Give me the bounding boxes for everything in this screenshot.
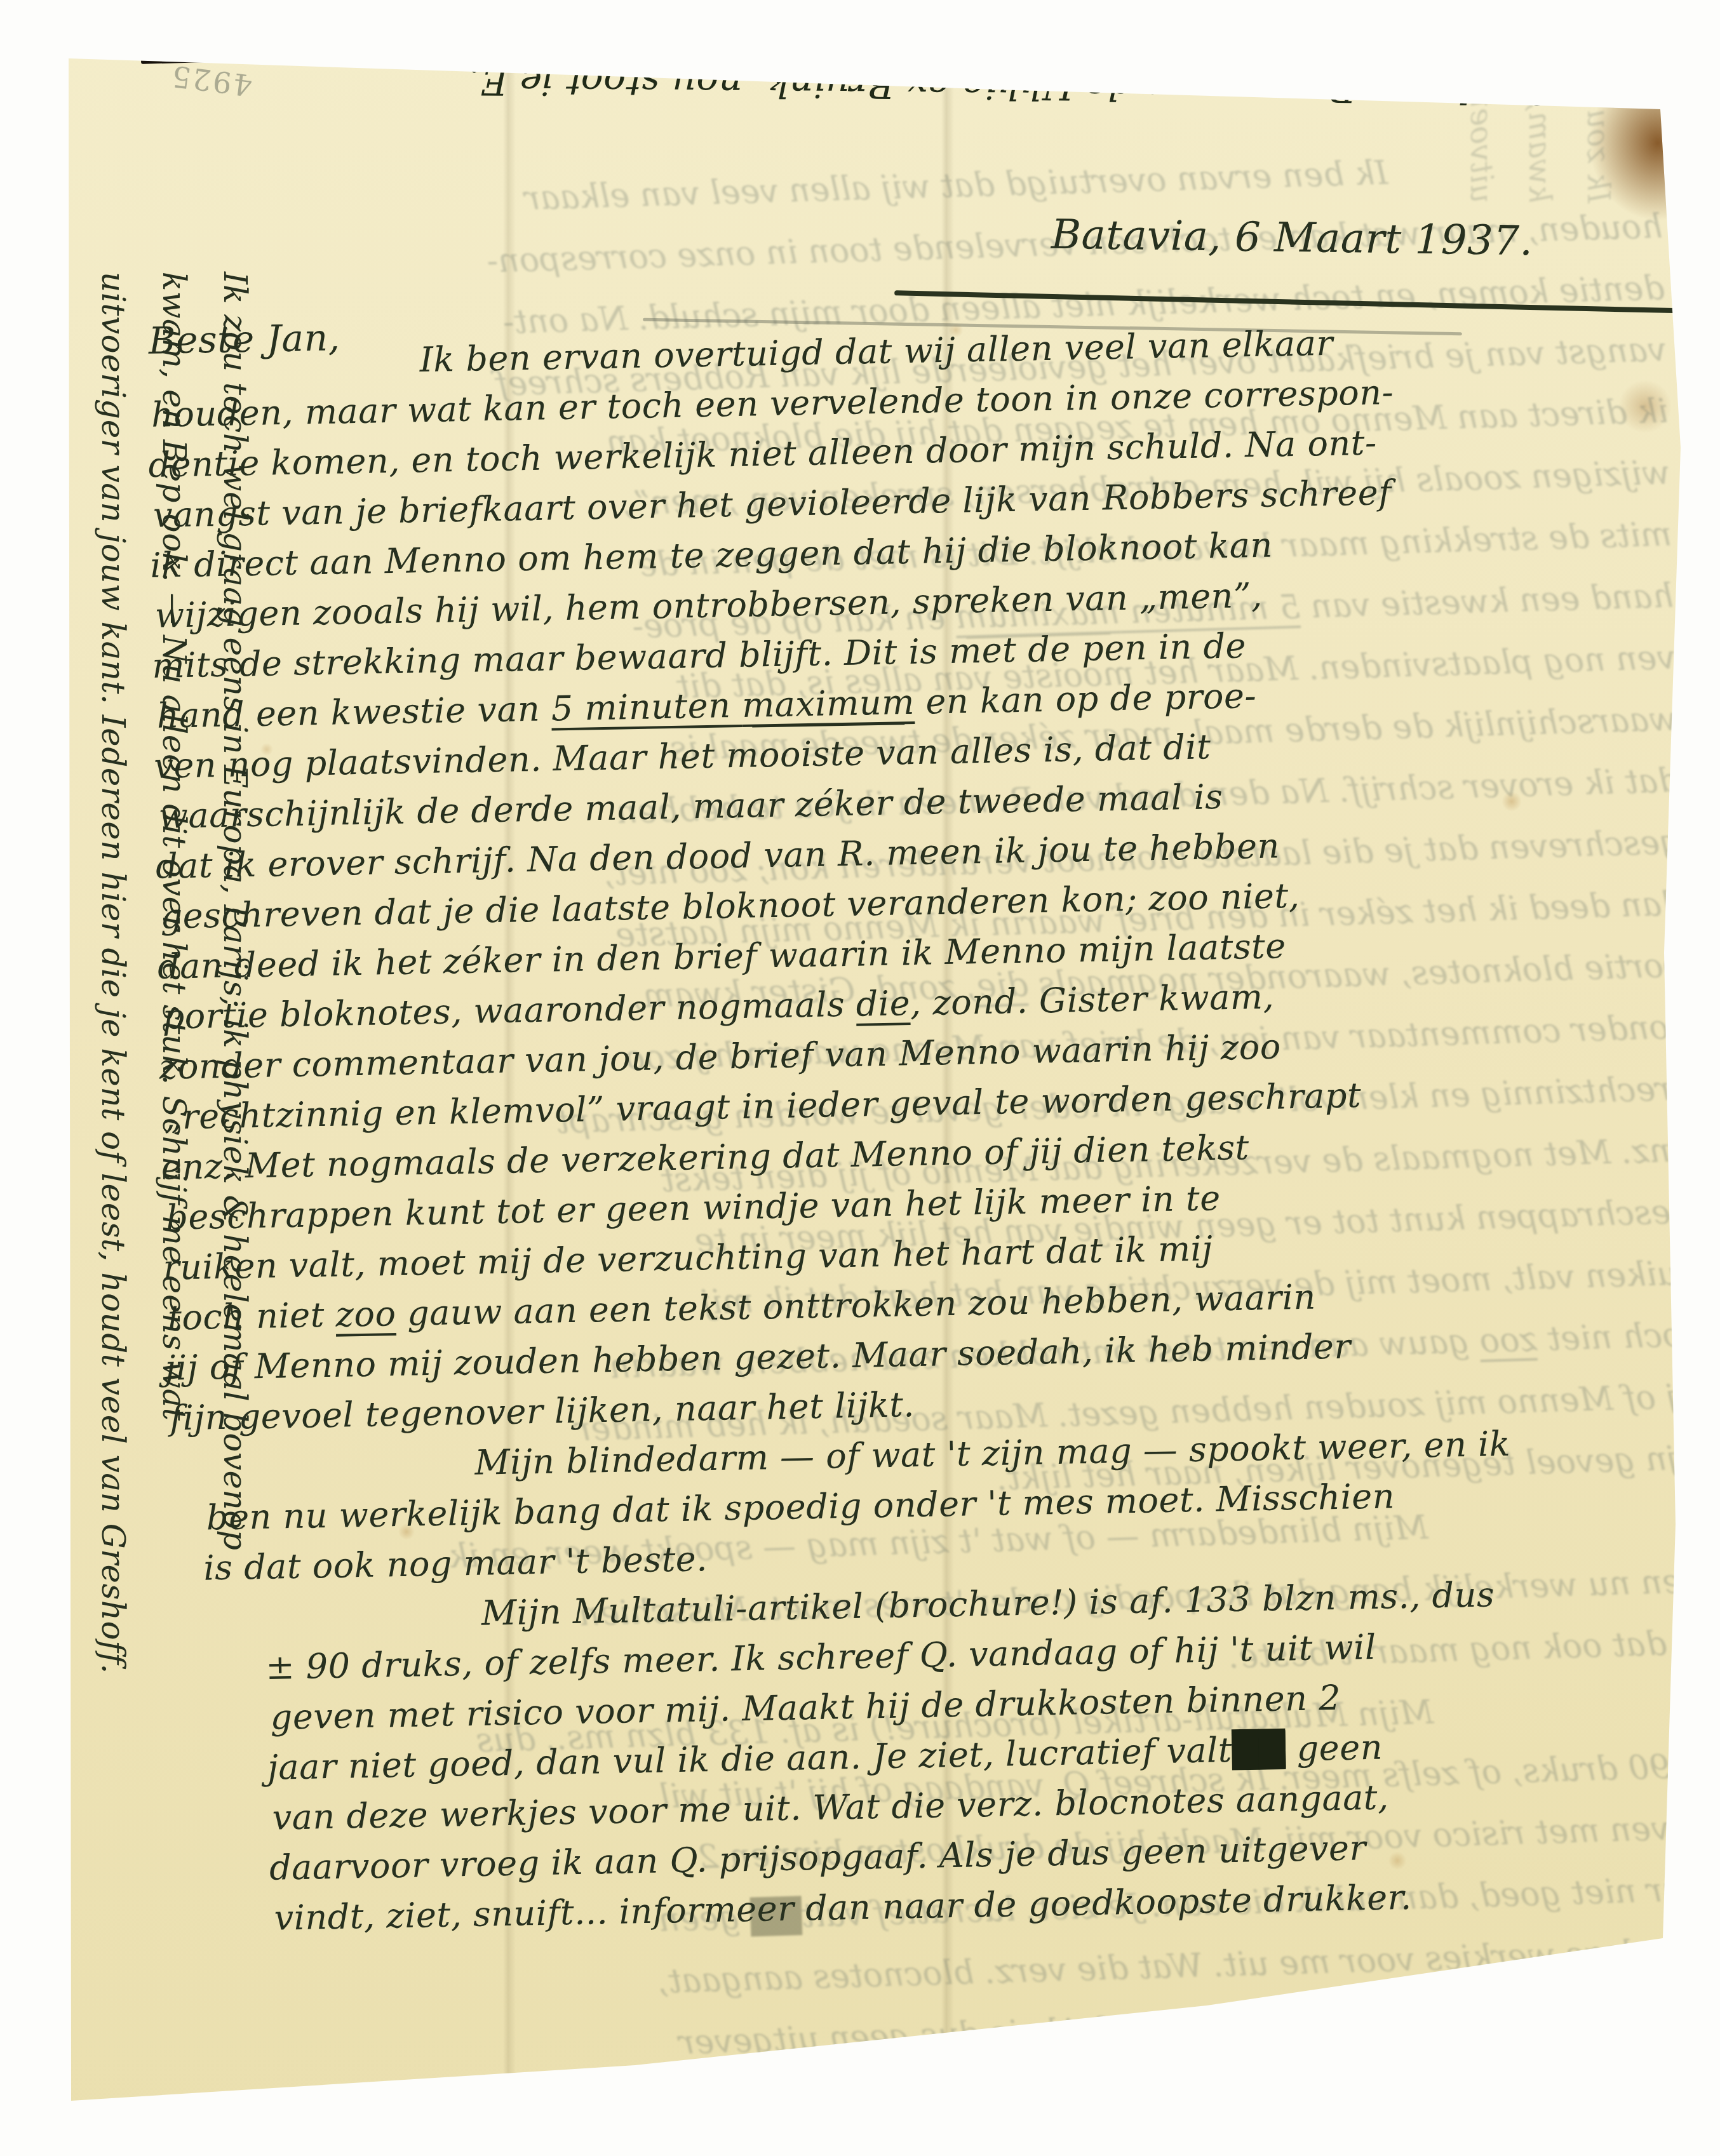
handwritten-text: portie bloknotes, waaronder nogmaals <box>162 984 856 1037</box>
handwritten-text: kwam, en Bep ook. — Nu alleen dit over h… <box>156 272 192 1421</box>
handwritten-text: van deze werkjes voor me uit. Wat die ve… <box>657 1932 1714 2001</box>
underlined-phrase: die <box>856 983 910 1024</box>
handwritten-text: uitvoeriger van jouw kant. Iedereen hier… <box>1463 0 1499 203</box>
margin-note-line: uitvoeriger van jouw kant. Iedereen hier… <box>83 272 144 2120</box>
handwritten-text: Ik zou toch wel graag eens in Europa, Pa… <box>217 272 253 1550</box>
handwritten-text: , zond. Gister kwam, <box>910 977 1274 1023</box>
handwritten-text: uitvoeriger van jouw kant. Iedereen hier… <box>95 272 131 1674</box>
margin-note: Ik zou toch wel graag eens in Europa, Pa… <box>83 272 265 2120</box>
inverted-postscript: Heel lief, ook van Bep en aan de Ukkie-e… <box>130 57 1699 114</box>
handwritten-text: vindt, ziet, snuift... informeer dan naa… <box>642 2054 1718 2124</box>
handwritten-text: Ik zou toch wel graag eens in Europa, Pa… <box>1580 0 1616 203</box>
manuscript-line: daarvoor vroeg ik aan Q. prijsopgaaf. Al… <box>51 1982 1717 2093</box>
margin-note-line: kwam, en Bep ook. — Nu alleen dit over h… <box>1510 0 1569 203</box>
handwritten-text: Ik ben ervan overtuigd dat wij allen vee… <box>524 154 1388 218</box>
underlined-phrase: maximum <box>741 682 915 725</box>
letter-scan: Ik ben ervan overtuigd dat wij allen vee… <box>0 0 1720 2156</box>
handwritten-text: daarvoor vroeg ik aan Q. prijsopgaaf. Al… <box>678 1993 1716 2062</box>
margin-note-line: Ik zou toch wel graag eens in Europa, Pa… <box>1569 0 1627 203</box>
letter-paper: Ik ben ervan overtuigd dat wij allen vee… <box>0 0 1720 2156</box>
dateline-underline <box>894 290 1720 314</box>
handwritten-text: fijn gevoel tegenover lijken, naar het l… <box>170 1384 915 1438</box>
margin-note-line: Ik zou toch wel graag eens in Europa, Pa… <box>205 272 265 2120</box>
dateline: Batavia, 6 Maart 1937. <box>1051 211 1533 265</box>
bleedthrough-margin-text: Ik zou toch wel graag eens in Europa, Pa… <box>1452 0 1627 203</box>
underlined-phrase: ██ <box>1232 1729 1286 1771</box>
underlined-phrase: zoo <box>335 1294 396 1335</box>
handwritten-text: en kan op de proe- <box>914 676 1257 722</box>
handwritten-text: geen <box>1285 1727 1383 1769</box>
handwritten-text: kwam, en Bep ook. — Nu alleen dit over h… <box>1522 0 1557 203</box>
margin-note-line: uitvoeriger van jouw kant. Iedereen hier… <box>1452 0 1510 203</box>
handwritten-text: is dat ook nog maar 't beste. <box>203 1539 708 1588</box>
manuscript-body: Ik ben ervan overtuigd dat wij allen vee… <box>146 313 1643 1945</box>
manuscript-line: vindt, ziet, snuift... informeer dan naa… <box>53 2043 1719 2154</box>
underlined-phrase: 5 minuten <box>551 685 742 728</box>
margin-note-line: kwam, en Bep ook. — Nu alleen dit over h… <box>144 272 205 2120</box>
